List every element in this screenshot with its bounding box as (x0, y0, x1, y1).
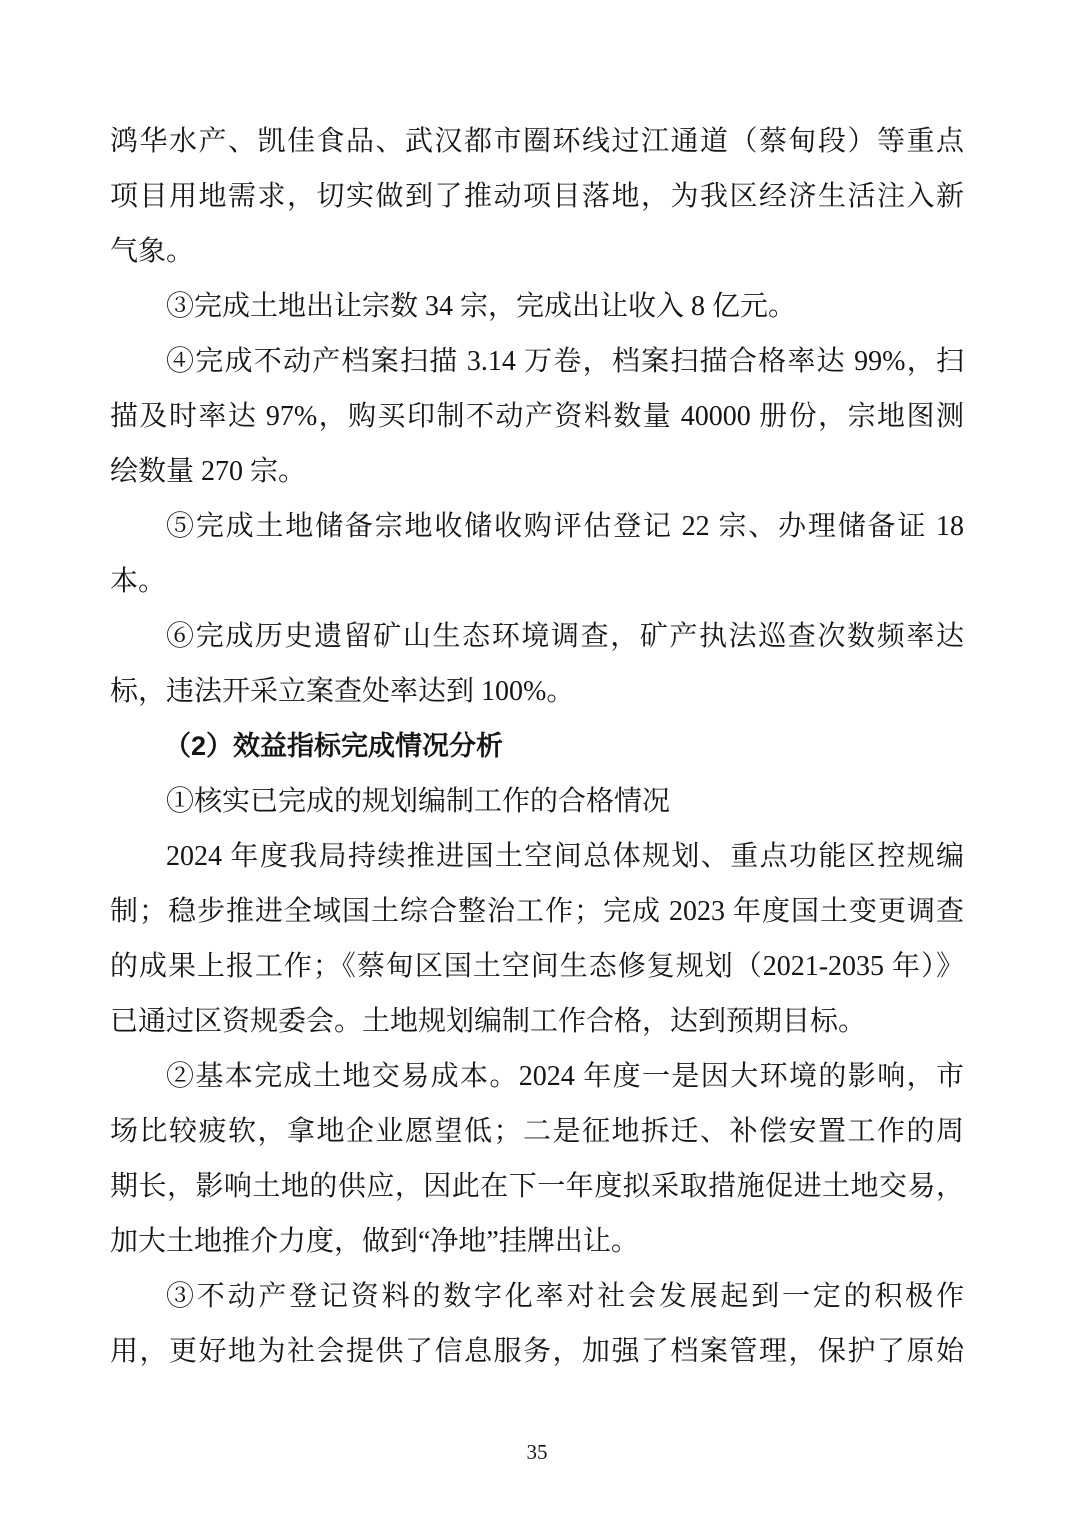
text-line: 的成果上报工作；《蔡甸区国土空间生态修复规划（2021-2035 年）》 (110, 939, 964, 994)
text-line: 期长，影响土地的供应，因此在下一年度拟采取措施促进土地交易， (110, 1159, 964, 1214)
text-line: ③不动产登记资料的数字化率对社会发展起到一定的积极作 (110, 1269, 964, 1324)
text-line: 本。 (110, 554, 964, 609)
text-line: 用，更好地为社会提供了信息服务，加强了档案管理，保护了原始 (110, 1324, 964, 1379)
text-line: ③完成土地出让宗数 34 宗，完成出让收入 8 亿元。 (110, 279, 964, 334)
text-line: 场比较疲软，拿地企业愿望低；二是征地拆迁、补偿安置工作的周 (110, 1104, 964, 1159)
text-line: 描及时率达 97%，购买印制不动产资料数量 40000 册份，宗地图测 (110, 389, 964, 444)
text-line: （2）效益指标完成情况分析 (110, 719, 964, 774)
text-line: 绘数量 270 宗。 (110, 444, 964, 499)
text-line: 气象。 (110, 224, 964, 279)
text-line: 标，违法开采立案查处率达到 100%。 (110, 664, 964, 719)
page-number: 35 (0, 1440, 1074, 1465)
text-line: ⑥完成历史遗留矿山生态环境调查，矿产执法巡查次数频率达 (110, 609, 964, 664)
text-line: 鸿华水产、凯佳食品、武汉都市圈环线过江通道（蔡甸段）等重点 (110, 114, 964, 169)
document-page: { "page": { "number": "35", "background_… (0, 0, 1074, 1520)
text-line: 制；稳步推进全域国土综合整治工作；完成 2023 年度国土变更调查 (110, 884, 964, 939)
text-line: ②基本完成土地交易成本。2024 年度一是因大环境的影响，市 (110, 1049, 964, 1104)
text-line: 加大土地推介力度，做到“净地”挂牌出让。 (110, 1214, 964, 1269)
document-body: 鸿华水产、凯佳食品、武汉都市圈环线过江通道（蔡甸段）等重点项目用地需求，切实做到… (110, 114, 964, 1379)
text-line: ①核实已完成的规划编制工作的合格情况 (110, 774, 964, 829)
text-line: ⑤完成土地储备宗地收储收购评估登记 22 宗、办理储备证 18 (110, 499, 964, 554)
text-line: ④完成不动产档案扫描 3.14 万卷，档案扫描合格率达 99%，扫 (110, 334, 964, 389)
text-line: 2024 年度我局持续推进国土空间总体规划、重点功能区控规编 (110, 829, 964, 884)
text-line: 已通过区资规委会。土地规划编制工作合格，达到预期目标。 (110, 994, 964, 1049)
text-line: 项目用地需求，切实做到了推动项目落地，为我区经济生活注入新 (110, 169, 964, 224)
